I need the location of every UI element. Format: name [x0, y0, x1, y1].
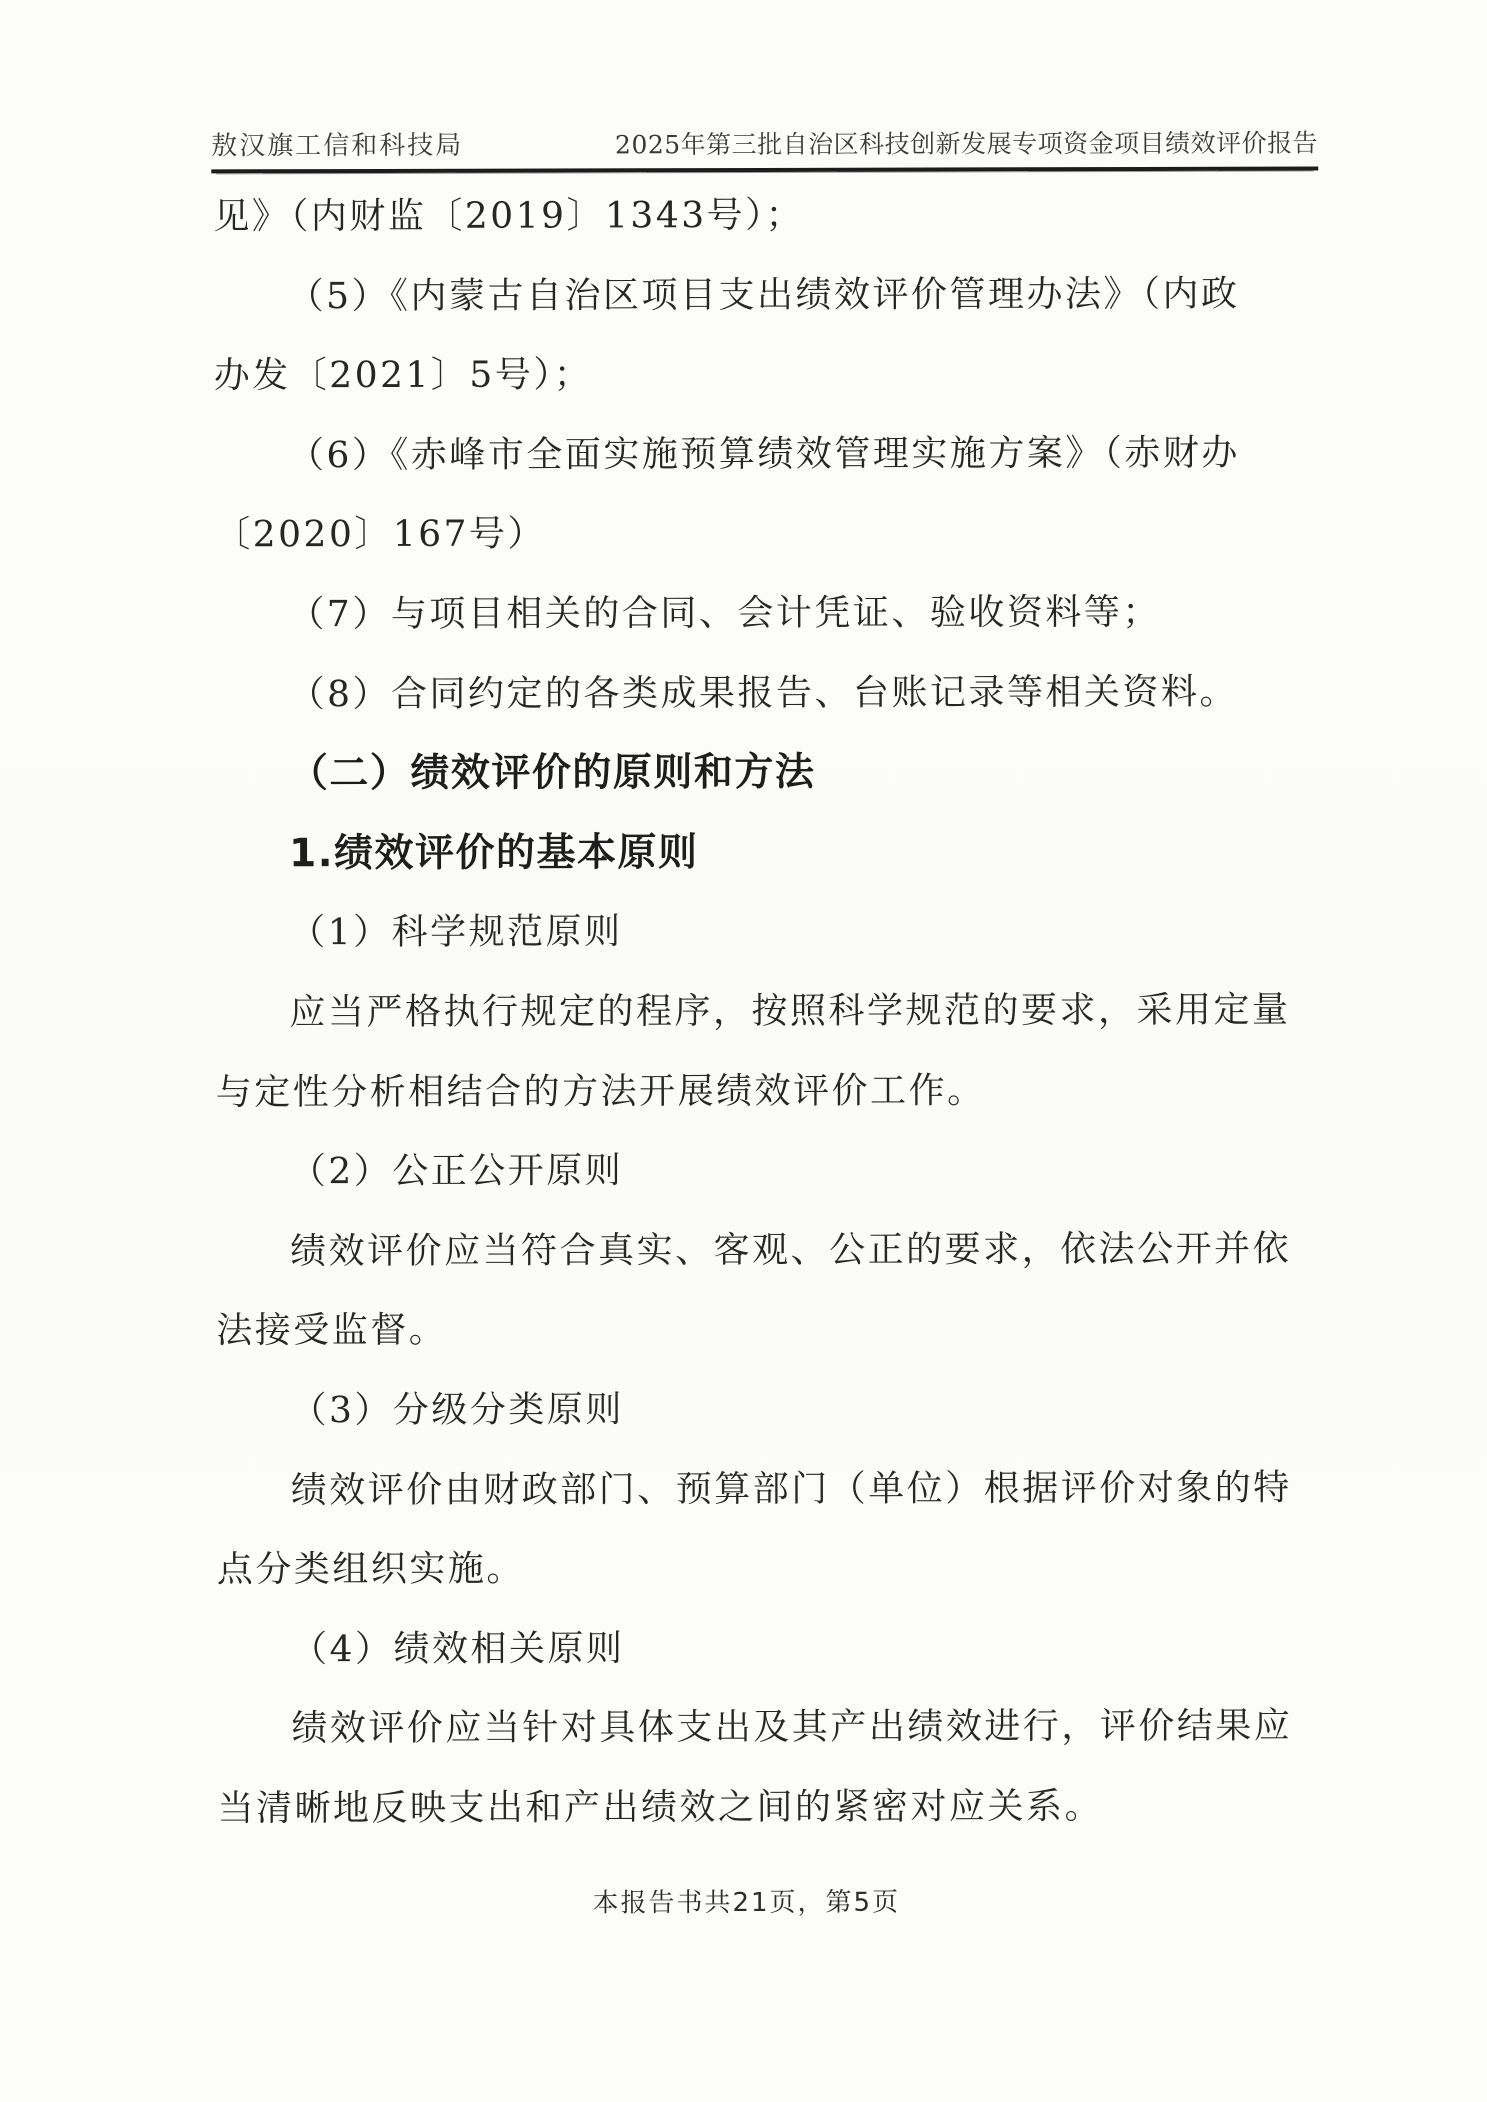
body-line: （3）分级分类原则: [216, 1368, 1301, 1450]
body-line: （5）《内蒙古自治区项目支出绩效评价管理办法》（内政: [213, 254, 1298, 336]
body-line: 办发〔2021〕5号）；: [214, 334, 1299, 416]
footer-page-info: 本报告书共21页，第5页: [592, 1888, 900, 1919]
body-line: （7）与项目相关的合同、会计凭证、验收资料等；: [214, 573, 1299, 655]
body-line: （6）《赤峰市全面实施预算绩效管理实施方案》（赤财办: [214, 413, 1299, 495]
body-line: （8）合同约定的各类成果报告、台账记录等相关资料。: [215, 652, 1300, 734]
document-page: 敖汉旗工信和科技局 2025年第三批自治区科技创新发展专项资金项目绩效评价报告 …: [0, 0, 1487, 2102]
header-right-title: 2025年第三批自治区科技创新发展专项资金项目绩效评价报告: [615, 123, 1318, 161]
body-line: 与定性分析相结合的方法开展绩效评价工作。: [216, 1050, 1301, 1132]
section-heading: 1.绩效评价的基本原则: [215, 811, 1300, 893]
page-header: 敖汉旗工信和科技局 2025年第三批自治区科技创新发展专项资金项目绩效评价报告: [211, 122, 1318, 173]
body-line: 〔2020〕167号）: [214, 493, 1299, 575]
header-left-title: 敖汉旗工信和科技局: [211, 125, 463, 163]
body-line: 当清晰地反映支出和产出绩效之间的紧密对应关系。: [217, 1766, 1302, 1848]
body-line: （4）绩效相关原则: [217, 1607, 1302, 1689]
body-line: 点分类组织实施。: [217, 1528, 1302, 1610]
body-line: 应当严格执行规定的程序，按照科学规范的要求，采用定量: [215, 970, 1300, 1052]
section-heading: （二）绩效评价的原则和方法: [215, 732, 1300, 814]
page-footer: 本报告书共21页，第5页: [3, 1880, 1487, 1921]
body-line: 法接受监督。: [216, 1289, 1301, 1371]
body-line: 绩效评价应当针对具体支出及其产出绩效进行，评价结果应: [217, 1687, 1302, 1769]
body-line: （2）公正公开原则: [216, 1130, 1301, 1212]
body-line: 绩效评价由财政部门、预算部门（单位）根据评价对象的特: [217, 1448, 1302, 1530]
document-body: 见》（内财监〔2019〕1343号）；（5）《内蒙古自治区项目支出绩效评价管理办…: [213, 175, 1302, 1849]
body-line: 绩效评价应当符合真实、客观、公正的要求，依法公开并依: [216, 1209, 1301, 1291]
scanned-content: 敖汉旗工信和科技局 2025年第三批自治区科技创新发展专项资金项目绩效评价报告 …: [0, 0, 1487, 2102]
body-line: 见》（内财监〔2019〕1343号）；: [213, 175, 1298, 257]
body-line: （1）科学规范原则: [215, 891, 1300, 973]
